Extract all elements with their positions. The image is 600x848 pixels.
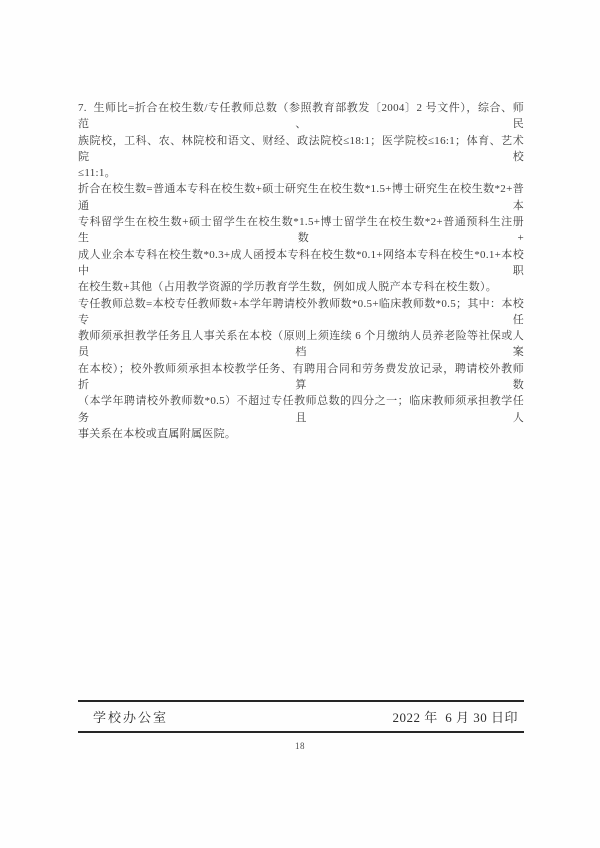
body-text: 7. 生师比=折合在校生数/专任教师总数（参照教育部教发〔2004〕2 号文件）… xyxy=(78,100,524,442)
paragraph-line: 族院校，工科、农、林院校和语文、财经、政法院校≤18:1；医学院校≤16:1；体… xyxy=(78,133,524,166)
paragraph-line: 教师须承担教学任务且人事关系在本校（原则上须连续 6 个月缴纳人员养老险等社保或… xyxy=(78,328,524,361)
paragraph-line: 专科留学生在校生数+硕士留学生在校生数*1.5+博士留学生在校生数*2+普通预科… xyxy=(78,214,524,247)
paragraph-fulltime-teachers: 专任教师总数=本校专任教师数+本学年聘请校外教师数*0.5+临床教师数*0.5；… xyxy=(78,296,524,443)
paragraph-line: （本学年聘请校外教师数*0.5）不超过专任教师总数的四分之一；临床教师须承担教学… xyxy=(78,393,524,426)
paragraph-line: 7. 生师比=折合在校生数/专任教师总数（参照教育部教发〔2004〕2 号文件）… xyxy=(78,100,524,133)
footer: 学校办公室 2022 年 6 月 30 日印 xyxy=(78,703,524,730)
paragraph-student-teacher-ratio: 7. 生师比=折合在校生数/专任教师总数（参照教育部教发〔2004〕2 号文件）… xyxy=(78,100,524,181)
footer-print-date: 2022 年 6 月 30 日印 xyxy=(392,707,524,726)
paragraph-line: ≤11:1。 xyxy=(78,165,524,181)
footer-office-label: 学校办公室 xyxy=(78,707,168,726)
paragraph-converted-enrollment: 折合在校生数=普通本专科在校生数+硕士研究生在校生数*1.5+博士研究生在校生数… xyxy=(78,181,524,295)
paragraph-line: 在本校）；校外教师须承担本校教学任务、有聘用合同和劳务费发放记录，聘请校外教师折… xyxy=(78,361,524,394)
page-number: 18 xyxy=(0,741,600,751)
paragraph-line: 折合在校生数=普通本专科在校生数+硕士研究生在校生数*1.5+博士研究生在校生数… xyxy=(78,181,524,214)
document-page: 7. 生师比=折合在校生数/专任教师总数（参照教育部教发〔2004〕2 号文件）… xyxy=(0,0,600,848)
paragraph-line: 事关系在本校或直属附属医院。 xyxy=(78,426,524,442)
paragraph-line: 成人业余本专科在校生数*0.3+成人函授本专科在校生数*0.1+网络本专科在校生… xyxy=(78,247,524,280)
footer-rule-top xyxy=(78,700,524,702)
paragraph-line: 专任教师总数=本校专任教师数+本学年聘请校外教师数*0.5+临床教师数*0.5；… xyxy=(78,296,524,329)
paragraph-line: 在校生数+其他（占用教学资源的学历教育学生数，例如成人脱产本专科在校生数）。 xyxy=(78,279,524,295)
footer-rule-bottom xyxy=(78,731,524,733)
